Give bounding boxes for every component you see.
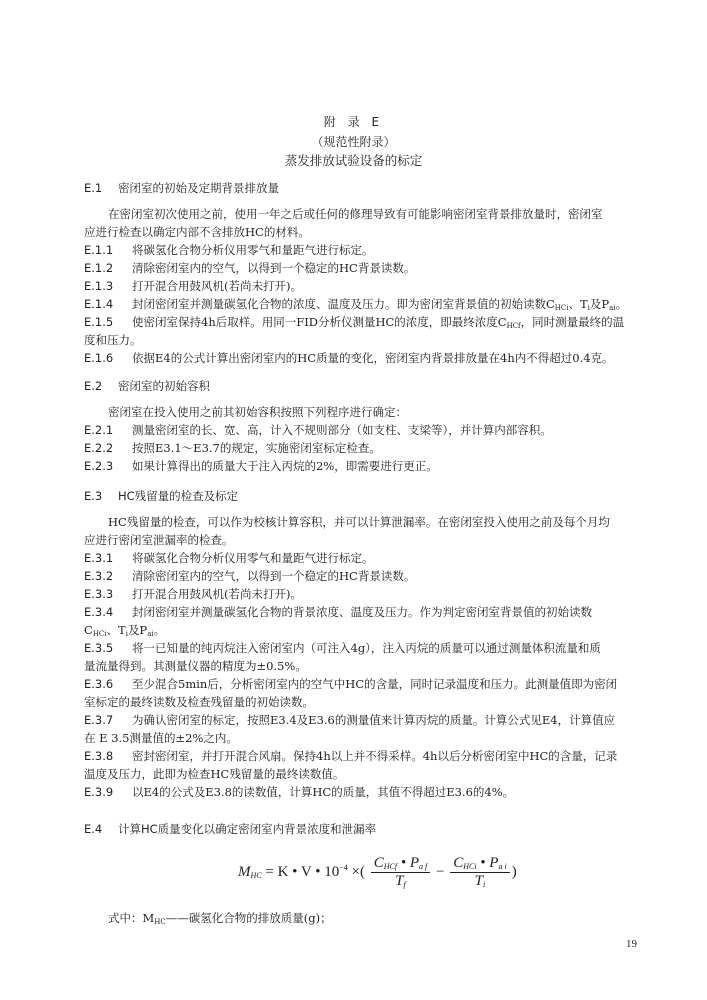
fraction-initial: CHCi • Pa i Ti xyxy=(450,855,510,890)
list-item: E.3.6至少混合5min后，分析密闭室内的空气中HC的含量，同时记录温度和压力… xyxy=(84,676,644,692)
formula-legend: 式中：MHC——碳氢化合物的排放质量(g)； xyxy=(84,910,668,930)
list-item: E.3.8密封密闭室，并打开混合风扇。保持4h以上并不得采样。4h以后分析密闭室… xyxy=(84,748,644,764)
list-item: E.1.2清除密闭室内的空气，以得到一个稳定的HC背景读数。 xyxy=(84,260,644,276)
list-item: E.2.2按照E3.1～E3.7的规定，实施密闭室标定检查。 xyxy=(84,440,644,456)
list-item: E.3.9以E4的公式及E3.8的读数值，计算HC的质量，其值不得超过E3.6的… xyxy=(84,784,644,800)
paragraph: HC残留量的检查，可以作为校核计算容积，并可以计算泄漏率。在密闭室投入使用之前及… xyxy=(84,514,668,530)
list-item: E.1.6依据E4的公式计算出密闭室内的HC质量的变化，密闭室内背景排放量在4h… xyxy=(84,350,644,366)
appendix-title: 蒸发排放试验设备的标定 xyxy=(0,151,707,169)
list-item: E.3.2清除密闭室内的空气，以得到一个稳定的HC背景读数。 xyxy=(84,568,644,584)
list-item-cont: 温度及压力，此即为检查HC残留量的最终读数值。 xyxy=(84,766,644,782)
list-item-cont: 量流量得到。其测量仪器的精度为±0.5%。 xyxy=(84,658,644,674)
list-item: E.1.3打开混合用鼓风机(若尚未打开)。 xyxy=(84,278,644,294)
list-item: E.1.4封闭密闭室并测量碳氢化合物的浓度、温度及压力。即为密闭室背景值的初始读… xyxy=(84,296,644,316)
mass-formula: MHC = K • V • 10−4 ×( CHCf • Pa f Tf − C… xyxy=(238,855,538,905)
page-number: 19 xyxy=(626,938,637,950)
section-heading-e3: E.3HC残留量的检查及标定 xyxy=(84,488,644,504)
list-item-cont: CHCi、Ti及Pai。 xyxy=(84,622,644,642)
appendix-type: （规范性附录） xyxy=(0,133,707,150)
list-item-cont: 在 E 3.5测量值的±2%之内。 xyxy=(84,730,644,746)
list-item: E.3.1将碳氢化合物分析仪用零气和量距气进行标定。 xyxy=(84,550,644,566)
document-page: 附 录 E （规范性附录） 蒸发排放试验设备的标定 E.1密闭室的初始及定期背景… xyxy=(0,0,707,1000)
list-item-cont: 室标定的最终读数及检查残留量的初始读数。 xyxy=(84,694,644,710)
list-item: E.3.4封闭密闭室并测量碳氢化合物的背景浓度、温度及压力。作为判定密闭室背景值… xyxy=(84,604,644,620)
section-heading-e4: E.4计算HC质量变化以确定密闭室内背景浓度和泄漏率 xyxy=(84,821,644,837)
fraction-final: CHCf • Pa f Tf xyxy=(371,855,431,890)
section-heading-e2: E.2密闭室的初始容积 xyxy=(84,378,644,394)
list-item: E.2.1测量密闭室的长、宽、高，计入不规则部分（如支柱、支梁等），并计算内部容… xyxy=(84,422,644,438)
section-heading-e1: E.1密闭室的初始及定期背景排放量 xyxy=(84,180,644,196)
paragraph: 在密闭室初次使用之前，使用一年之后或任何的修理导致有可能影响密闭室背景排放量时，… xyxy=(84,206,668,222)
paragraph: 密闭室在投入使用之前其初始容积按照下列程序进行确定： xyxy=(84,404,668,420)
appendix-label: 附 录 E xyxy=(0,113,707,130)
list-item: E.3.7为确认密闭室的标定，按照E3.4及E3.6的测量值来计算丙烷的质量。计… xyxy=(84,712,644,728)
list-item: E.1.1将碳氢化合物分析仪用零气和量距气进行标定。 xyxy=(84,242,644,258)
list-item: E.1.5使密闭室保持4h后取样。用同一FID分析仪测量HC的浓度，即最终浓度C… xyxy=(84,314,644,334)
paragraph-cont: 应进行密闭室泄漏率的检查。 xyxy=(84,532,644,548)
list-item: E.2.3如果计算得出的质量大于注入丙烷的2%，即需要进行更正。 xyxy=(84,458,644,474)
list-item: E.3.5将一已知量的纯丙烷注入密闭室内（可注入4g），注入丙烷的质量可以通过测… xyxy=(84,640,644,656)
paragraph-cont: 应进行检查以确定内部不含排放HC的材料。 xyxy=(84,224,644,240)
list-item: E.3.3打开混合用鼓风机(若尚未打开)。 xyxy=(84,586,644,602)
list-item-cont: 度和压力。 xyxy=(84,332,644,348)
